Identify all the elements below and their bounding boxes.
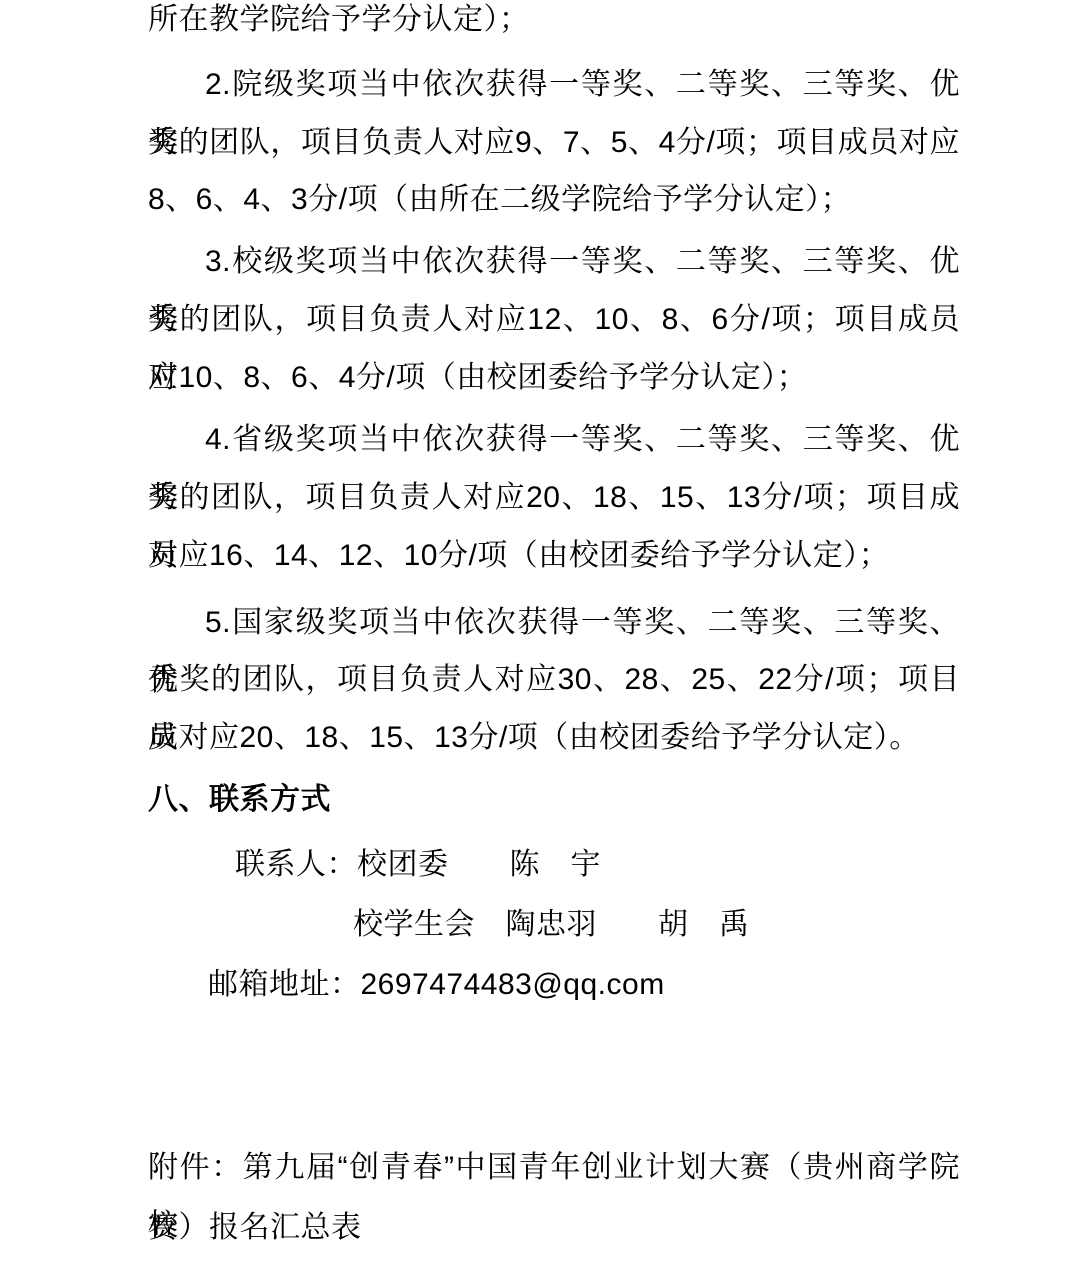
province-award-rule-line-1: 4.省级奖项当中依次获得一等奖、二等奖、三等奖、优秀 [148,411,960,469]
contact-person-line-1: 联系人：校团委 陈 宇 [148,836,960,894]
school-award-rule-line-3: 应10、8、6、4分/项（由校团委给予学分认定）； [148,349,960,407]
province-award-rule-line-3: 对应16、14、12、10分/项（由校团委给予学分认定）； [148,527,960,585]
school-award-rule-line-2: 奖的团队，项目负责人对应12、10、8、6分/项；项目成员对 [148,291,960,349]
attachment-note-line-2: 赛）报名汇总表 [148,1199,960,1257]
college-award-rule-line-1: 2.院级奖项当中依次获得一等奖、二等奖、三等奖、优秀 [148,56,960,114]
contact-email-line: 邮箱地址：2697474483@qq.com [148,956,960,1014]
college-award-rule-line-2: 奖的团队，项目负责人对应9、7、5、4分/项；项目成员对应 [148,114,960,172]
attachment-note-line-1: 附件：第九届“创青春”中国青年创业计划大赛（贵州商学院校 [148,1139,960,1197]
national-award-rule-line-3: 员对应20、18、15、13分/项（由校团委给予学分认定）。 [148,709,960,767]
national-award-rule-line-1: 5.国家级奖项当中依次获得一等奖、二等奖、三等奖、优 [148,594,960,652]
contact-section-heading: 八、联系方式 [148,771,960,829]
credit-note-continuation-line: 所在教学院给予学分认定）； [148,0,960,49]
contact-person-line-2: 校学生会 陶忠羽 胡 禹 [148,896,960,954]
college-award-rule-line-3: 8、6、4、3分/项（由所在二级学院给予学分认定）； [148,171,960,229]
school-award-rule-line-1: 3.校级奖项当中依次获得一等奖、二等奖、三等奖、优秀 [148,233,960,291]
province-award-rule-line-2: 奖的团队，项目负责人对应20、18、15、13分/项；项目成员 [148,469,960,527]
national-award-rule-line-2: 秀奖的团队，项目负责人对应30、28、25、22分/项；项目成 [148,651,960,709]
document-page: 所在教学院给予学分认定）； 2.院级奖项当中依次获得一等奖、二等奖、三等奖、优秀… [0,0,1066,1269]
